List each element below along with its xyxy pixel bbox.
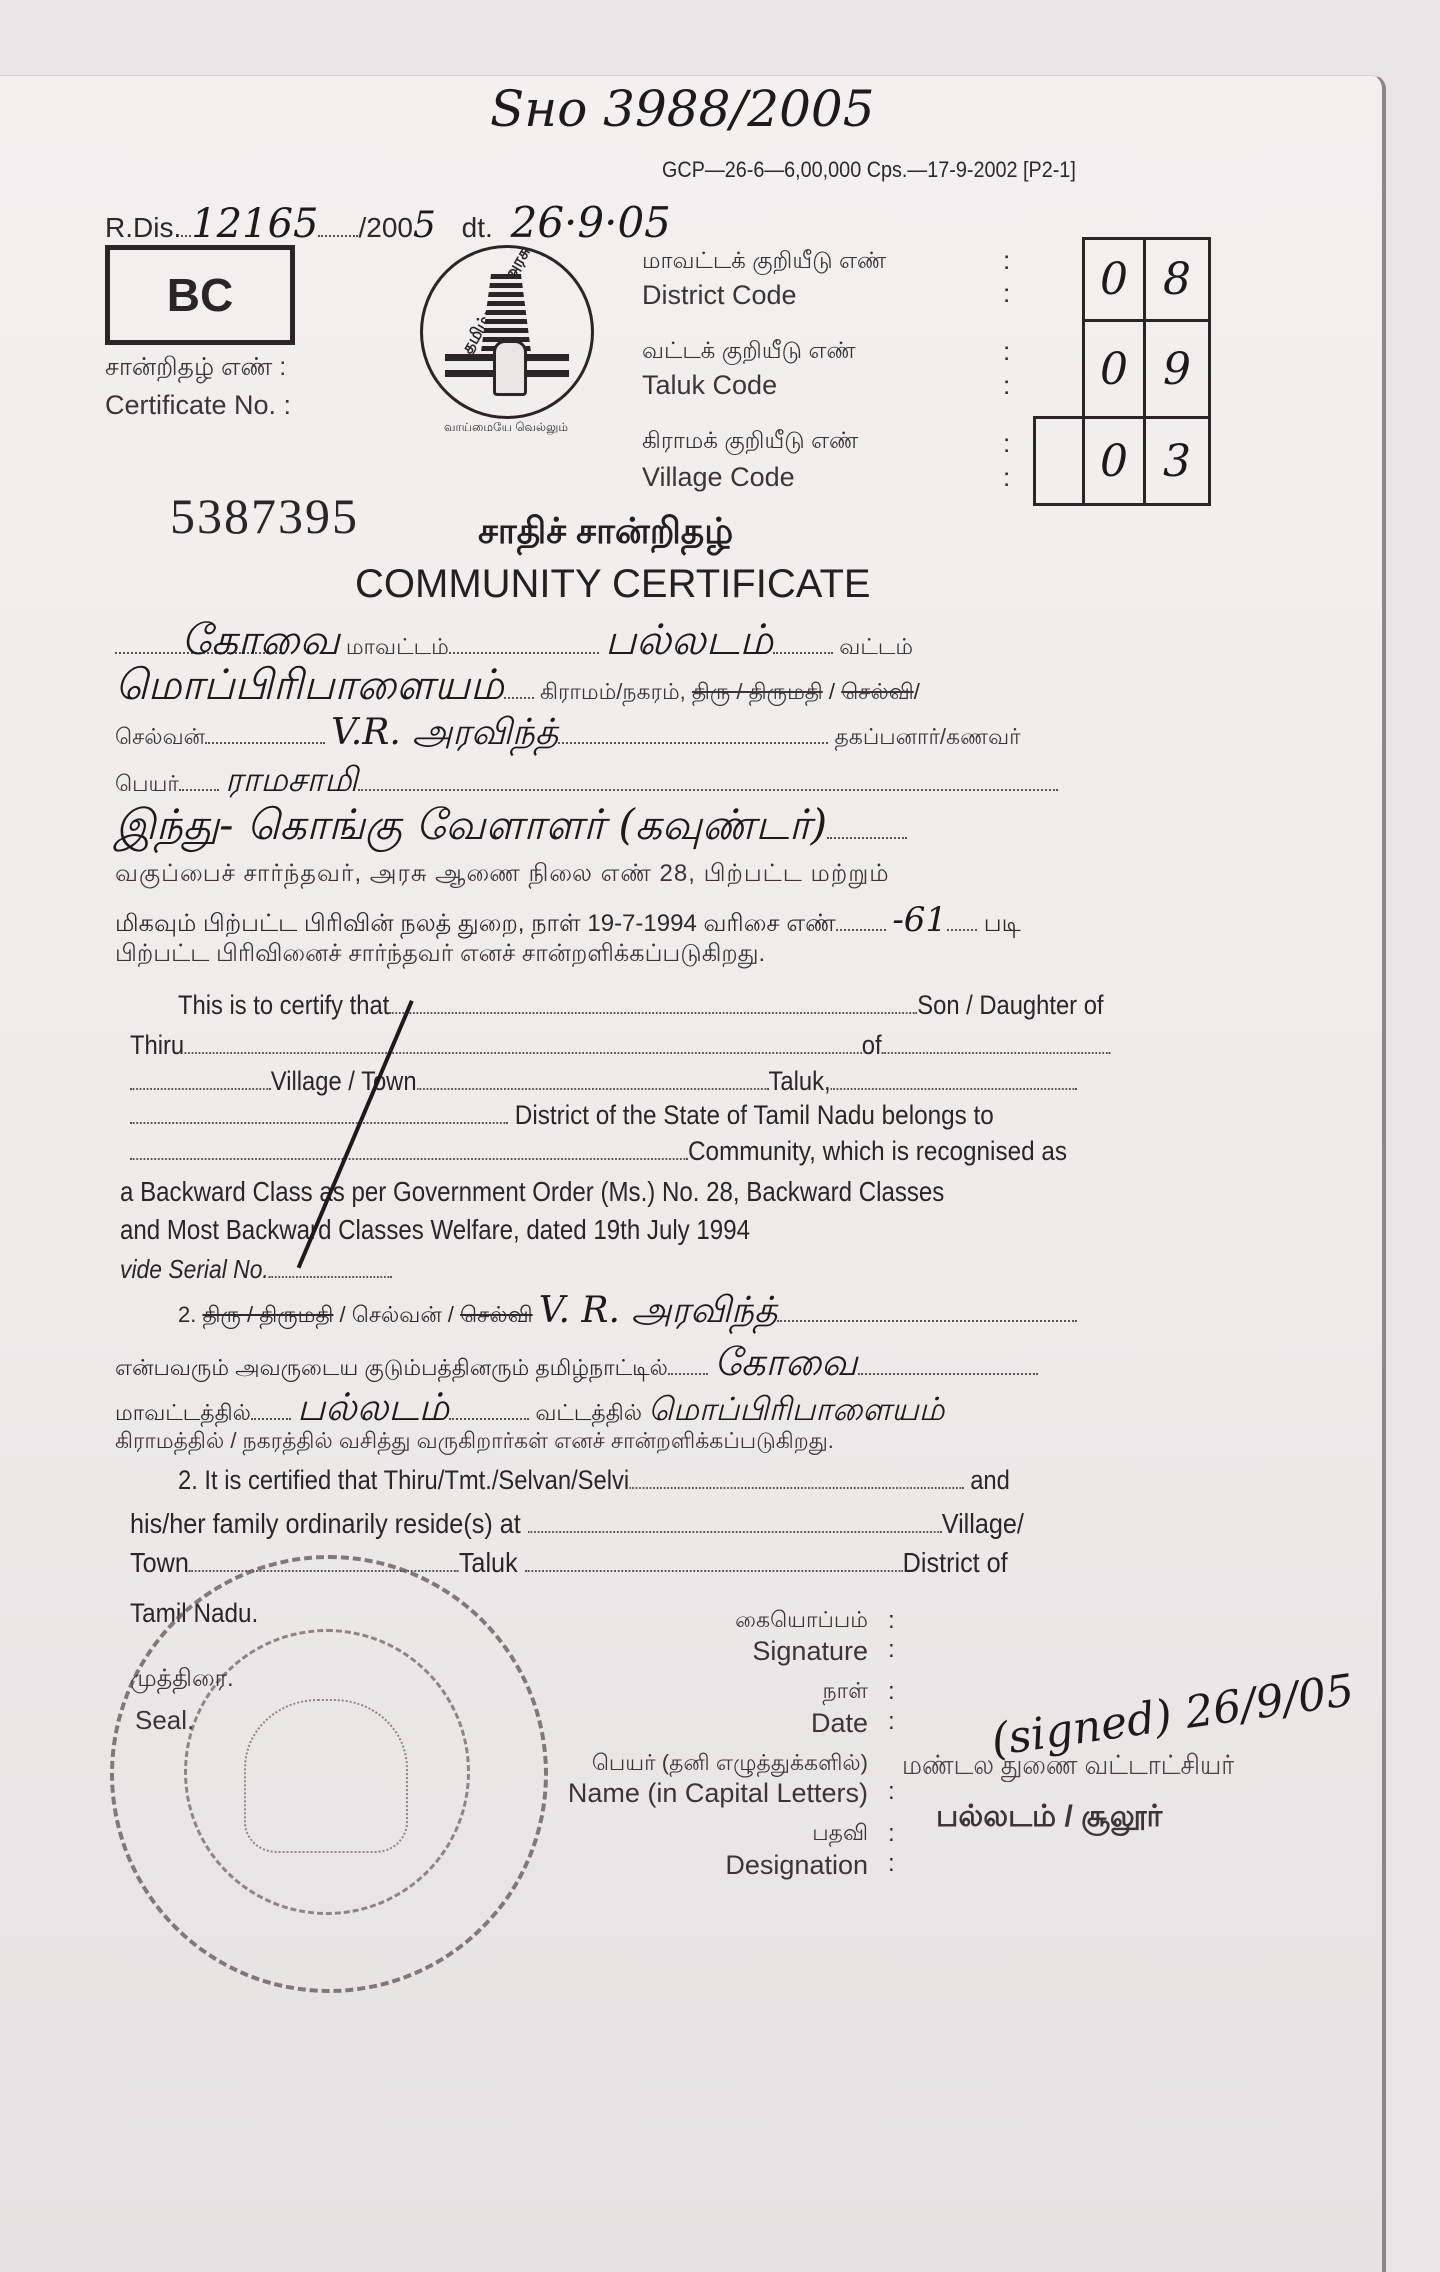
ta2-taluk-handwritten: பல்லடம் (297, 1385, 449, 1429)
peyar-label: பெயர் (115, 771, 179, 796)
designation-label-en: Designation (725, 1850, 868, 1881)
colon: : (888, 1678, 895, 1706)
ta2-village-handwritten: மொப்பிரிபாளையம் (648, 1390, 944, 1428)
colon: : (1003, 370, 1010, 401)
official-seal-stamp (110, 1555, 548, 1993)
en-line1: This is to certify thatSon / Daughter of (178, 990, 1104, 1021)
ta2-line2-text: என்பவரும் அவருடைய குடும்பத்தினரும் தமிழ்… (115, 1355, 668, 1380)
ta2-name-handwritten: V. R. அரவிந்த் (539, 1290, 778, 1331)
colon: : (888, 1850, 895, 1878)
en-line1b: Son / Daughter of (917, 990, 1103, 1020)
rdis-dt-label: dt. (462, 212, 493, 243)
district-label: மாவட்டம் (346, 634, 449, 659)
signature-label-ta: கையொப்பம் (735, 1607, 868, 1636)
title-english: COMMUNITY CERTIFICATE (355, 562, 871, 607)
rdis-date: 26·9·05 (511, 198, 671, 247)
certificate-number: 5387395 (170, 487, 359, 545)
colon: : (888, 1607, 895, 1635)
officer-designation-stamp: மண்டல துணை வட்டாட்சியர் (902, 1750, 1234, 1785)
ta2-num: 2. (178, 1302, 196, 1327)
en2-line2: his/her family ordinarily reside(s) at V… (130, 1508, 1024, 1540)
tamil-para-line2: மிகவும் பிற்பட்ட பிரிவின் நலத் துறை, நாள… (115, 900, 1021, 940)
rdis-prefix: R.Dis. (105, 212, 181, 243)
district-code-label-ta: மாவட்டக் குறியீடு எண் (642, 247, 886, 277)
en2-line1a: 2. It is certified that Thiru/Tmt./Selva… (178, 1465, 629, 1495)
en-line1a: This is to certify that (178, 990, 389, 1020)
name-label-ta: பெயர் (தனி எழுத்துக்களில்) (592, 1750, 868, 1779)
colon: : (1003, 428, 1010, 459)
colon: : (1003, 245, 1010, 276)
rdis-number: 12165 (191, 201, 318, 247)
village-code-digit (1033, 416, 1085, 506)
signature-label-en: Signature (752, 1636, 868, 1667)
village-code-label-en: Village Code (642, 462, 795, 493)
titles-struck: திரு / திருமதி (692, 679, 823, 704)
taluk-code-label-ta: வட்டக் குறியீடு எண் (642, 337, 856, 367)
taluk-code-label-en: Taluk Code (642, 370, 777, 401)
selvi-struck: செல்வி (841, 679, 914, 704)
ta2-line3a: மாவட்டத்தில் (115, 1400, 251, 1425)
village-label: கிராமம்/நகரம், (540, 679, 686, 704)
seal-emblem-icon (244, 1699, 408, 1853)
category-badge: BC (105, 245, 295, 345)
taluk-label: வட்டம் (839, 634, 913, 659)
tamil-line-name: செல்வன் V.R. அரவிந்த் தகப்பனார்/கணவர் (115, 712, 1021, 758)
en2-line1: 2. It is certified that Thiru/Tmt./Selva… (178, 1465, 1010, 1496)
en-line8: vide Serial No. (120, 1254, 269, 1284)
village-handwritten: மொப்பிரிபாளையம் (115, 660, 504, 709)
en-line7: and Most Backward Classes Welfare, dated… (120, 1214, 750, 1246)
father-name-handwritten: ராமசாமி (225, 760, 358, 800)
rdis-line: R.Dis.12165/2005 dt. 26·9·05 (105, 198, 671, 247)
ta2-titles-struck: திரு / திருமதி (202, 1302, 333, 1327)
colon: : (1003, 336, 1010, 367)
print-code: GCP—26-6—6,00,000 Cps.—17-9-2002 [P2-1] (662, 157, 1076, 183)
ta2-selvan: / செல்வன் / (340, 1302, 454, 1327)
village-code-label-ta: கிராமக் குறியீடு எண் (642, 427, 858, 457)
taluk-code-digit: 9 (1143, 319, 1211, 419)
date-label-ta: நாள் (823, 1678, 868, 1707)
en-line5: Community, which is recognised as (130, 1136, 1067, 1167)
en2-line3a: Town (130, 1547, 189, 1578)
certificate-no-label-ta: சான்றிதழ் எண் : (105, 353, 286, 385)
seal-label-ta: முத்திரை. (130, 1665, 234, 1695)
tamil-para-line2a: மிகவும் பிற்பட்ட பிரிவின் நலத் துறை, நாள… (115, 910, 836, 937)
en2-line3b: Taluk (459, 1547, 518, 1578)
ta2-line1: 2. திரு / திருமதி / செல்வன் / செல்வி V. … (178, 1290, 1077, 1336)
ta2-line3b: வட்டத்தில் (535, 1400, 642, 1425)
community-handwritten: இந்து- கொங்கு வேளாளர் (கவுண்டர்) (115, 800, 827, 849)
seal-label-en: Seal. (135, 1705, 194, 1736)
ta2-line2: என்பவரும் அவருடைய குடும்பத்தினரும் தமிழ்… (115, 1340, 1038, 1390)
district-code-digit: 8 (1143, 237, 1211, 322)
tamil-para-line1: வகுப்பைச் சார்ந்தவர், அரசு ஆணை நிலை எண் … (115, 860, 890, 890)
serial-number-handwritten: -61 (892, 900, 947, 940)
rdis-year-digit: 5 (413, 205, 436, 246)
colon: : (888, 1636, 895, 1664)
en-line5: Community, which is recognised as (688, 1136, 1067, 1166)
tamil-line-community: இந்து- கொங்கு வேளாளர் (கவுண்டர்) (115, 800, 907, 855)
tamil-para-line3: பிற்பட்ட பிரிவினைச் சார்ந்தவர் எனச் சான்… (115, 940, 765, 970)
en2-line1b: and (970, 1465, 1010, 1495)
en-line3a: Village / Town (271, 1066, 417, 1096)
colon: : (1003, 462, 1010, 493)
officer-place-stamp: பல்லடம் / சூலூர் (936, 1800, 1162, 1838)
date-label-en: Date (811, 1708, 868, 1739)
selvan-label: செல்வன் (115, 724, 205, 749)
village-code-digit: 0 (1082, 416, 1146, 506)
en-line4: District of the State of Tamil Nadu belo… (130, 1100, 994, 1131)
certificate-no-label-en: Certificate No. : (105, 390, 291, 421)
colon: : (888, 1778, 895, 1806)
tamil-nadu-emblem-icon: தமிழ்நாடு அரசு (420, 245, 594, 419)
ta2-district-handwritten: கோவை (714, 1340, 857, 1384)
en-line2a: Thiru (130, 1030, 184, 1060)
district-code-label-en: District Code (642, 280, 797, 311)
title-tamil: சாதிச் சான்றிதழ் (478, 510, 733, 557)
ta2-line4: கிராமத்தில் / நகரத்தில் வசித்து வருகிறார… (115, 1428, 834, 1457)
district-handwritten: கோவை (181, 615, 340, 664)
handwritten-reference: Sно 3988/2005 (490, 80, 875, 138)
en-line4: District of the State of Tamil Nadu belo… (515, 1100, 994, 1130)
colon: : (1003, 278, 1010, 309)
taluk-code-digit: 0 (1082, 319, 1146, 419)
en-line8: vide Serial No. (120, 1254, 392, 1285)
colon: : (888, 1820, 895, 1848)
colon: : (888, 1708, 895, 1736)
en-line3b: Taluk, (769, 1066, 831, 1096)
en-line3: Village / TownTaluk, (130, 1066, 1077, 1097)
emblem-motto: வாய்மையே வெல்லும் (444, 420, 568, 436)
en2-line3c: District of (903, 1547, 1008, 1578)
rdis-year-prefix: /200 (358, 212, 413, 243)
village-code-digit: 3 (1143, 416, 1211, 506)
taluk-handwritten: பல்லடம் (605, 615, 773, 664)
candidate-name-handwritten: V.R. அரவிந்த் (331, 712, 558, 753)
en-line6: a Backward Class as per Government Order… (120, 1176, 944, 1208)
tamil-line-village: மொப்பிரிபாளையம் கிராமம்/நகரம், திரு / தி… (115, 660, 920, 715)
en-line2: Thiruof (130, 1030, 1110, 1061)
en2-line2a: his/her family ordinarily reside(s) at (130, 1508, 521, 1539)
en-line2b: of (862, 1030, 882, 1060)
father-label: தகப்பனார்/கணவர் (834, 724, 1020, 749)
tamil-line-father: பெயர் ராமசாமி (115, 760, 1058, 804)
en2-line2b: Village/ (942, 1508, 1024, 1539)
district-code-digit: 0 (1082, 237, 1146, 322)
name-label-en: Name (in Capital Letters) (568, 1778, 868, 1809)
ta2-selvi-struck: செல்வி (460, 1302, 533, 1327)
designation-label-ta: பதவி (812, 1820, 868, 1849)
tamil-para-line2b: படி (984, 910, 1021, 937)
lion-capital-icon (493, 340, 527, 396)
